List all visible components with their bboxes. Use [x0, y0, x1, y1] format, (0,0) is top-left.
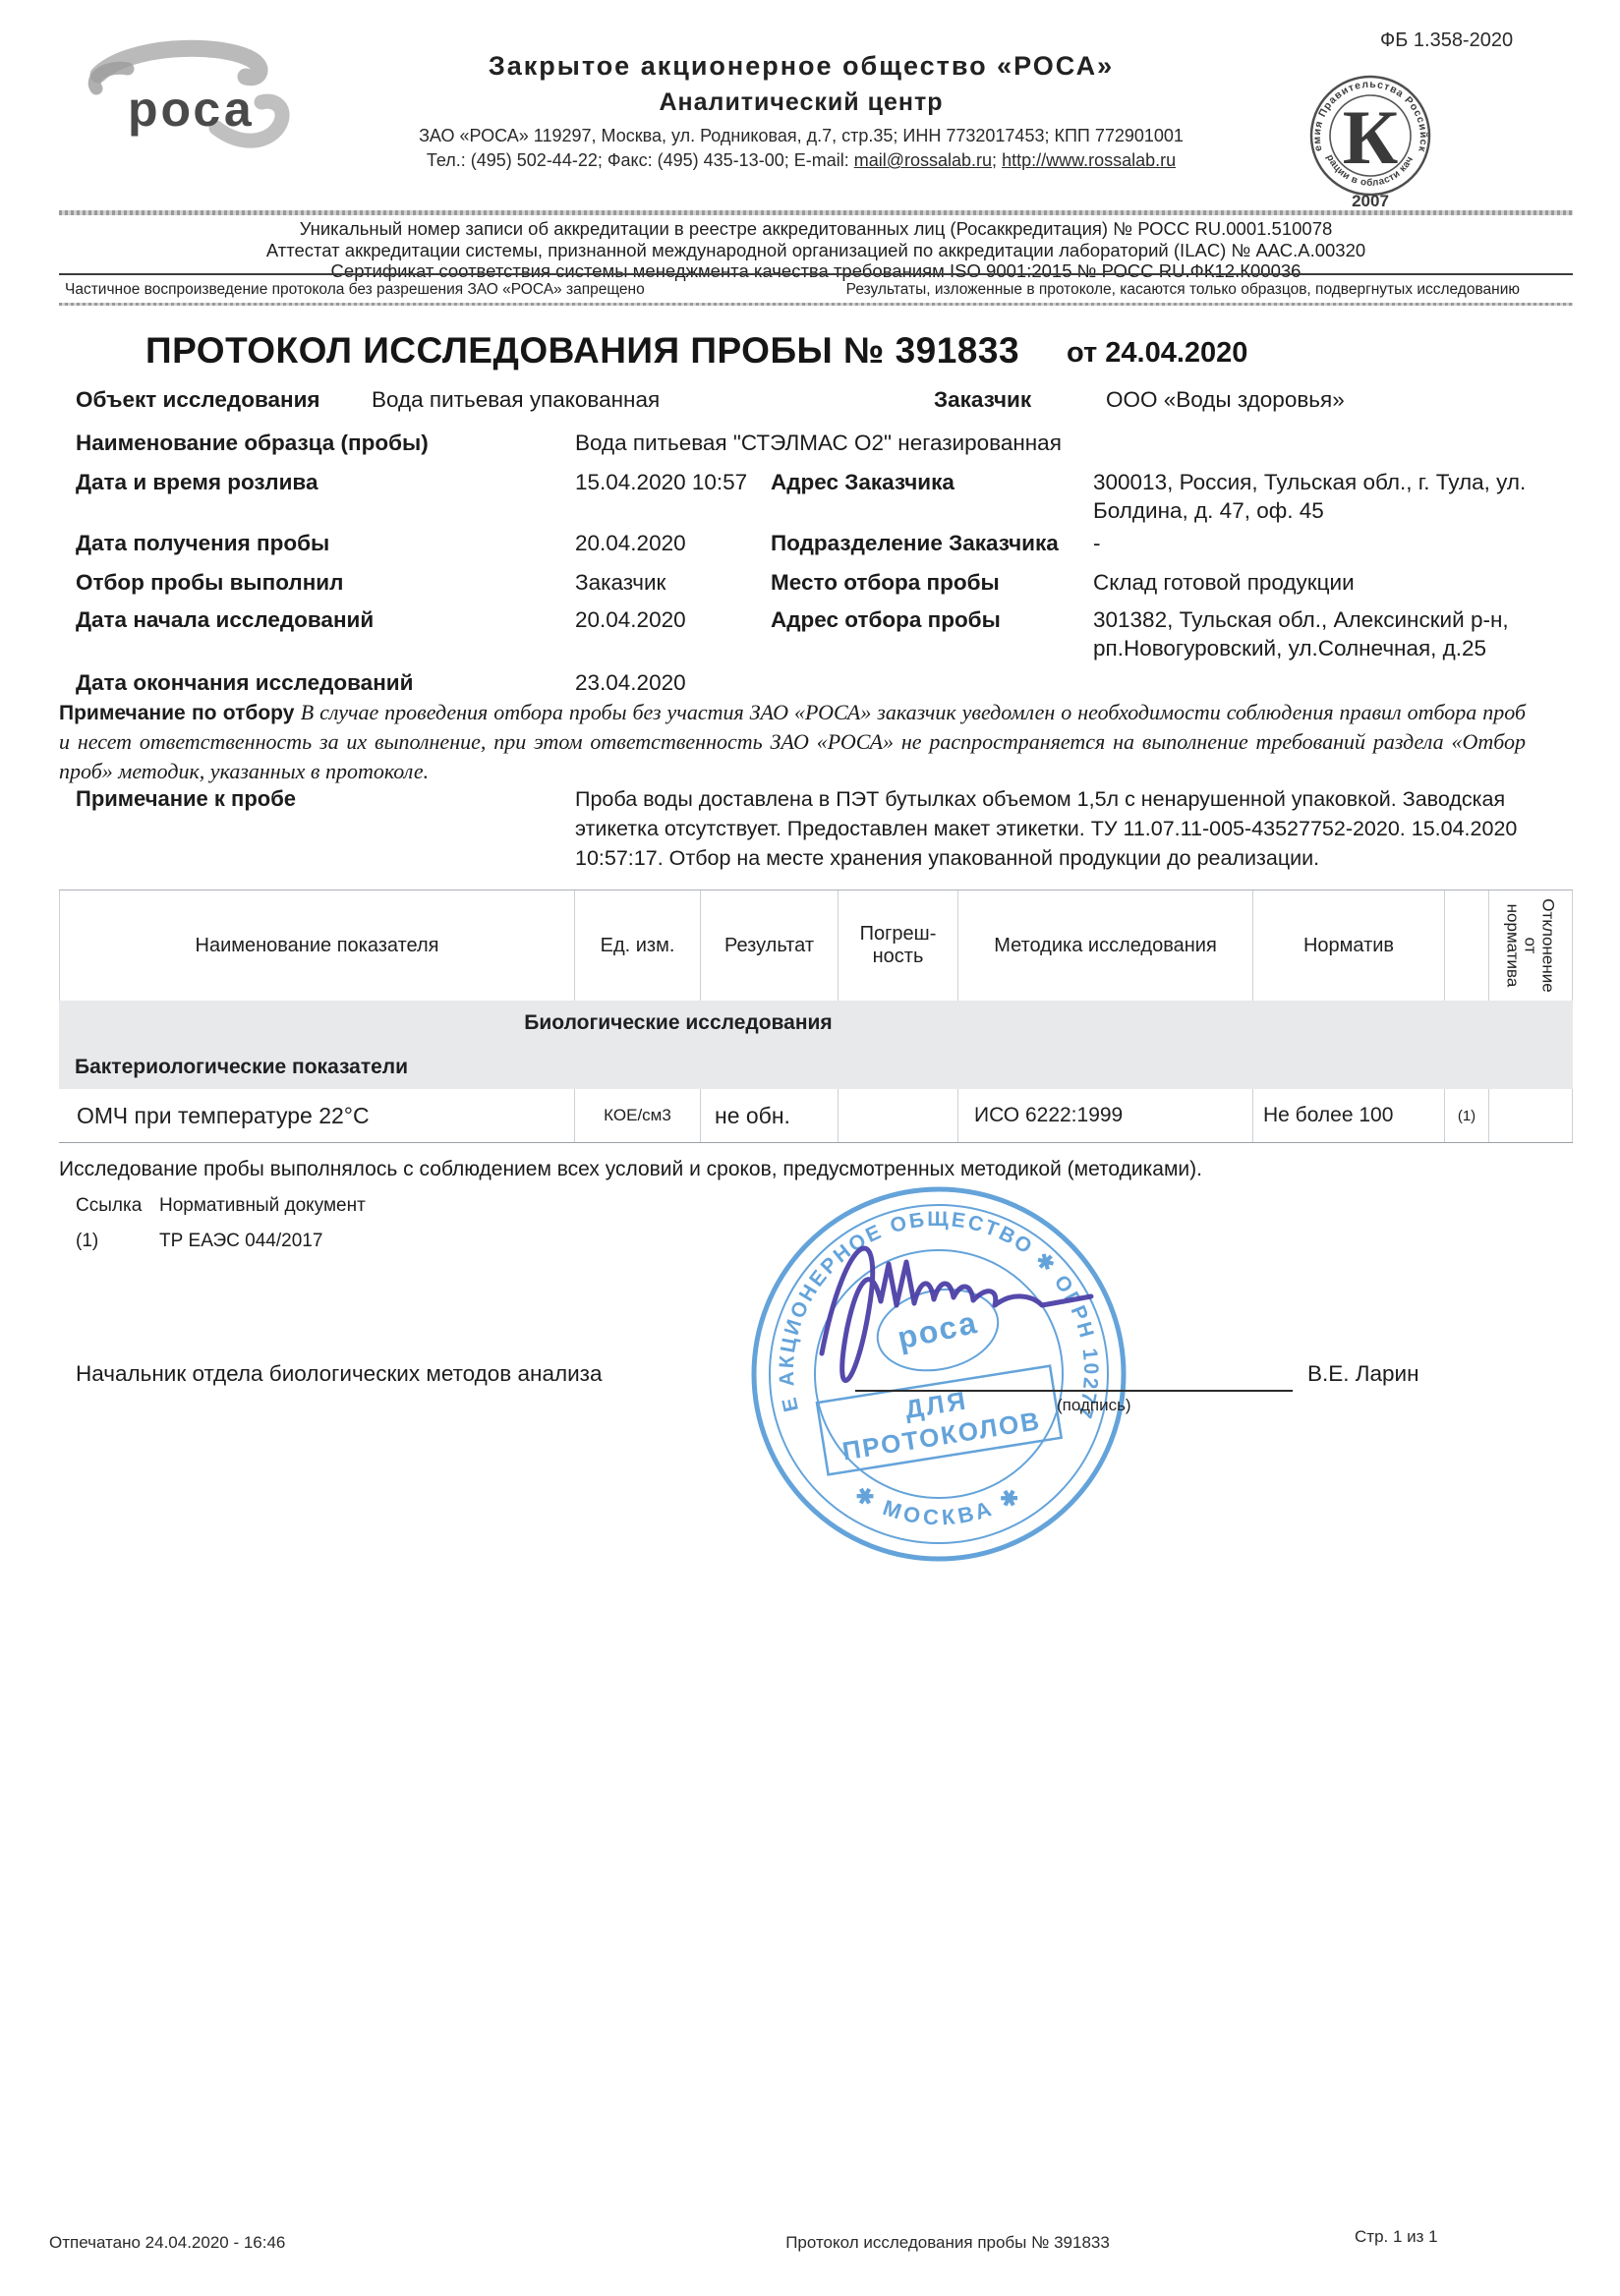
- separator-stripe-top: [59, 210, 1573, 215]
- separator-solid: [59, 273, 1573, 275]
- signature-scribble-svg: [804, 1201, 1119, 1417]
- result-cell-method: ИСО 6222:1999: [958, 1089, 1253, 1142]
- protocol-title: ПРОТОКОЛ ИССЛЕДОВАНИЯ ПРОБЫ № 391833: [145, 330, 1019, 372]
- svg-text:✱ МОСКВА ✱: ✱ МОСКВА ✱: [850, 1481, 1026, 1529]
- results-scope-notice: Результаты, изложенные в протоколе, каса…: [806, 281, 1520, 299]
- company-name: Закрытое акционерное общество «РОСА»: [324, 51, 1278, 82]
- result-cell-name: ОМЧ при температуре 22°С: [59, 1089, 575, 1142]
- field-value: Заказчик: [575, 568, 665, 597]
- accreditation-line-3: Сертификат соответствия системы менеджме…: [59, 260, 1573, 282]
- col-header-norm: Норматив: [1253, 890, 1445, 1001]
- field-label: Адрес отбора пробы: [771, 605, 1001, 634]
- field-label: Адрес Заказчика: [771, 468, 955, 496]
- col-header-ref: [1445, 890, 1489, 1001]
- result-cell-unit: КОЕ/см3: [575, 1089, 701, 1142]
- company-division: Аналитический центр: [324, 88, 1278, 117]
- col-header-result: Результат: [701, 890, 839, 1001]
- quality-award-emblem-svg: Премия Правительства Российской Федераци…: [1305, 73, 1439, 210]
- sample-note-label: Примечание к пробе: [76, 786, 296, 812]
- table-section-biological: Биологические исследования: [59, 1001, 1573, 1046]
- field-label: Отбор пробы выполнил: [76, 568, 343, 597]
- field-value: Склад готовой продукции: [1093, 568, 1555, 597]
- field-label: Дата получения пробы: [76, 529, 329, 557]
- signature-caption: (подпись): [1057, 1396, 1131, 1415]
- separator-stripe-bottom: [59, 303, 1573, 306]
- col-header-unit: Ед. изм.: [575, 890, 701, 1001]
- results-table: Наименование показателя Ед. изм. Результ…: [59, 890, 1573, 1143]
- field-value: 300013, Россия, Тульская обл., г. Тула, …: [1093, 468, 1555, 525]
- reference-ref: (1): [76, 1231, 98, 1252]
- sample-note-text: Проба воды доставлена в ПЭТ бутылках объ…: [575, 784, 1529, 873]
- company-contacts: Тел.: (495) 502-44-22; Факс: (495) 435-1…: [324, 150, 1278, 171]
- footer-protocol-ref: Протокол исследования пробы № 391833: [613, 2233, 1282, 2253]
- table-subsection-bacteriological: Бактериологические показатели: [59, 1046, 1573, 1089]
- result-cell-error: [839, 1089, 958, 1142]
- footer-printed-date: Отпечатано 24.04.2020 - 16:46: [49, 2233, 285, 2253]
- protocol-date: от 24.04.2020: [1067, 337, 1247, 370]
- contacts-sep: ;: [992, 150, 1002, 170]
- website-link: http://www.rossalab.ru: [1002, 150, 1176, 170]
- rosa-logo: роса: [69, 37, 315, 150]
- field-label: Объект исследования: [76, 385, 320, 414]
- field-value: 23.04.2020: [575, 668, 686, 697]
- field-label: Место отбора пробы: [771, 568, 1000, 597]
- accreditation-line-2: Аттестат аккредитации системы, признанно…: [59, 240, 1573, 261]
- field-value: -: [1093, 529, 1555, 557]
- protocol-document-page: ФБ 1.358-2020 роса Закрытое акционерное …: [0, 0, 1620, 2296]
- signature-scribble-icon: [804, 1201, 1119, 1417]
- field-label: Дата и время розлива: [76, 468, 318, 496]
- col-header-method: Методика исследования: [958, 890, 1253, 1001]
- field-value: 15.04.2020 10:57: [575, 468, 747, 496]
- result-cell-ref: (1): [1445, 1089, 1489, 1142]
- field-label: Дата начала исследований: [76, 605, 374, 634]
- col-header-name: Наименование показателя: [59, 890, 575, 1001]
- result-cell-norm: Не более 100: [1253, 1089, 1445, 1142]
- field-value: Вода питьевая "СТЭЛМАС О2" негазированна…: [575, 429, 1062, 457]
- emblem-year: 2007: [1352, 192, 1389, 210]
- accreditation-block: Уникальный номер записи об аккредитации …: [59, 218, 1573, 282]
- field-label: Подразделение Заказчика: [771, 529, 1059, 557]
- reference-doc: ТР ЕАЭС 044/2017: [159, 1231, 322, 1252]
- signatory-role: Начальник отдела биологических методов а…: [76, 1361, 603, 1387]
- result-cell-deviation: [1489, 1089, 1573, 1142]
- footer-page-number: Стр. 1 из 1: [1355, 2227, 1438, 2247]
- rosa-logo-swirl-icon: роса: [69, 37, 315, 150]
- col-header-error: Погреш-ность: [839, 890, 958, 1001]
- field-label: Дата окончания исследований: [76, 668, 413, 697]
- sampling-note: Примечание по отбору В случае проведения…: [59, 698, 1526, 786]
- references-col-ref: Ссылка: [76, 1195, 142, 1217]
- company-address: ЗАО «РОСА» 119297, Москва, ул. Родникова…: [324, 126, 1278, 146]
- field-value: 301382, Тульская обл., Алексинский р-н, …: [1093, 605, 1555, 662]
- quality-award-emblem-icon: Премия Правительства Российской Федераци…: [1305, 73, 1439, 210]
- sampling-note-label: Примечание по отбору: [59, 702, 294, 724]
- email-link: mail@rossalab.ru: [854, 150, 992, 170]
- references-col-doc: Нормативный документ: [159, 1195, 366, 1217]
- field-value: Вода питьевая упакованная: [372, 385, 660, 414]
- form-code: ФБ 1.358-2020: [1380, 29, 1518, 52]
- signature-line: [855, 1390, 1293, 1392]
- accreditation-line-1: Уникальный номер записи об аккредитации …: [59, 218, 1573, 240]
- signatory-name: В.Е. Ларин: [1307, 1361, 1419, 1387]
- field-value: 20.04.2020: [575, 605, 686, 634]
- field-value: ООО «Воды здоровья»: [1106, 385, 1345, 414]
- copy-restriction-notice: Частичное воспроизведение протокола без …: [65, 281, 812, 299]
- col-header-deviation: Отклонение от норматива: [1489, 890, 1573, 1001]
- emblem-letter-k: К: [1343, 94, 1399, 180]
- result-cell-result: не обн.: [701, 1089, 839, 1142]
- stamp-bottom-text: ✱ МОСКВА ✱: [850, 1481, 1026, 1529]
- contacts-prefix: Тел.: (495) 502-44-22; Факс: (495) 435-1…: [427, 150, 854, 170]
- field-value: 20.04.2020: [575, 529, 686, 557]
- field-label: Заказчик: [934, 385, 1031, 414]
- field-label: Наименование образца (пробы): [76, 429, 429, 457]
- rosa-logo-text: роса: [128, 82, 255, 137]
